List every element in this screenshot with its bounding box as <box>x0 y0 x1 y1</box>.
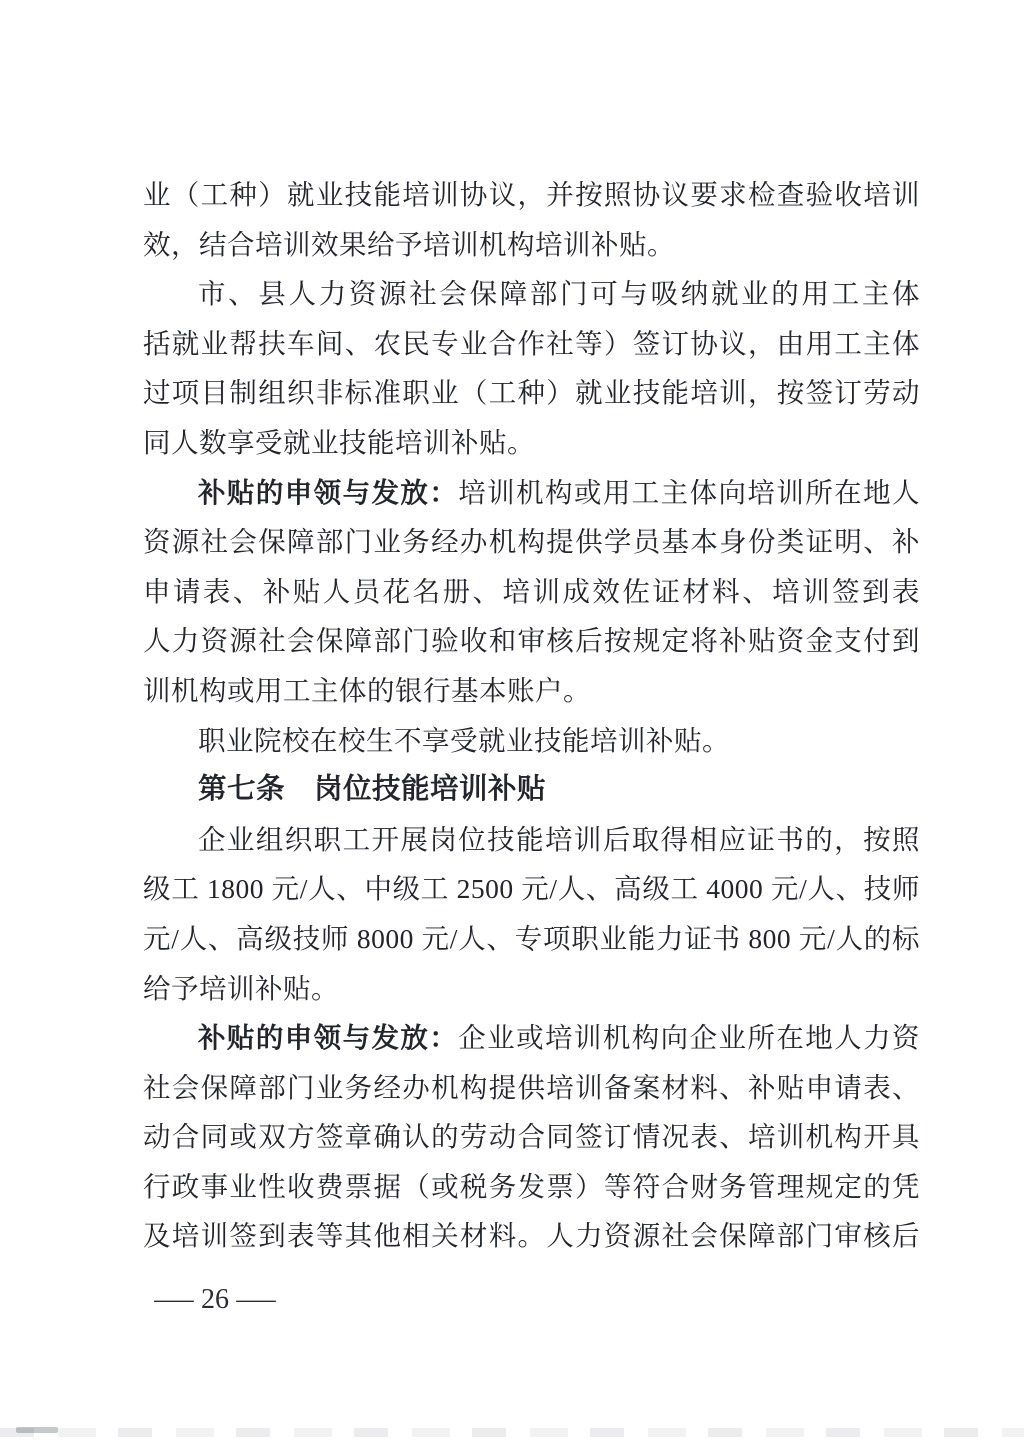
text-line: 业（工种）就业技能培训协议，并按照协议要求检查验收培训成 <box>143 170 920 220</box>
text-line: 人力资源社会保障部门验收和审核后按规定将补贴资金支付到培 <box>143 616 920 666</box>
text-line: 补贴的申领与发放：培训机构或用工主体向培训所在地人力 <box>143 468 920 518</box>
footer-dash-left: — <box>154 1284 193 1316</box>
text-line: 同人数享受就业技能培训补贴。 <box>143 418 920 468</box>
footer-dash-right: — <box>236 1284 275 1316</box>
run-in-heading: 补贴的申领与发放： <box>198 1022 458 1053</box>
text-line: 申请表、补贴人员花名册、培训成效佐证材料、培训签到表等。 <box>143 567 920 617</box>
text-line: 过项目制组织非标准职业（工种）就业技能培训，按签订劳动合 <box>143 368 920 418</box>
text-line: 括就业帮扶车间、农民专业合作社等）签订协议，由用工主体通 <box>143 319 920 369</box>
document-page: 业（工种）就业技能培训协议，并按照协议要求检查验收培训成效，结合培训效果给予培训… <box>0 0 1024 1448</box>
page-footer: — 26 — <box>160 1284 270 1316</box>
scan-artifact-band <box>0 1428 1024 1437</box>
text-line: 企业组织职工开展岗位技能培训后取得相应证书的，按照初 <box>143 815 920 865</box>
text-line: 及培训签到表等其他相关材料。人力资源社会保障部门审核后按 <box>143 1211 920 1261</box>
text-line: 社会保障部门业务经办机构提供培训备案材料、补贴申请表、劳 <box>143 1063 920 1113</box>
text-line: 市、县人力资源社会保障部门可与吸纳就业的用工主体（包 <box>143 269 920 319</box>
text-line: 补贴的申领与发放：企业或培训机构向企业所在地人力资源 <box>143 1013 920 1063</box>
scan-artifact-smudge <box>16 1427 58 1433</box>
text-line: 效，结合培训效果给予培训机构培训补贴。 <box>143 220 920 270</box>
text-line: 行政事业性收费票据（或税务发票）等符合财务管理规定的凭证 <box>143 1162 920 1212</box>
section-heading: 第七条 岗位技能培训补贴 <box>143 765 920 815</box>
text-line: 动合同或双方签章确认的劳动合同签订情况表、培训机构开具的 <box>143 1112 920 1162</box>
text-line: 职业院校在校生不享受就业技能培训补贴。 <box>143 716 920 766</box>
text-line: 训机构或用工主体的银行基本账户。 <box>143 666 920 716</box>
page-number: 26 <box>201 1284 229 1316</box>
document-body: 业（工种）就业技能培训协议，并按照协议要求检查验收培训成效，结合培训效果给予培训… <box>143 170 920 1261</box>
text-line: 给予培训补贴。 <box>143 964 920 1014</box>
text-line: 元/人、高级技师 8000 元/人、专项职业能力证书 800 元/人的标准 <box>143 914 920 964</box>
run-in-heading: 补贴的申领与发放： <box>198 477 458 508</box>
text-line: 资源社会保障部门业务经办机构提供学员基本身份类证明、补贴 <box>143 517 920 567</box>
text-line: 级工 1800 元/人、中级工 2500 元/人、高级工 4000 元/人、技师… <box>143 864 920 914</box>
